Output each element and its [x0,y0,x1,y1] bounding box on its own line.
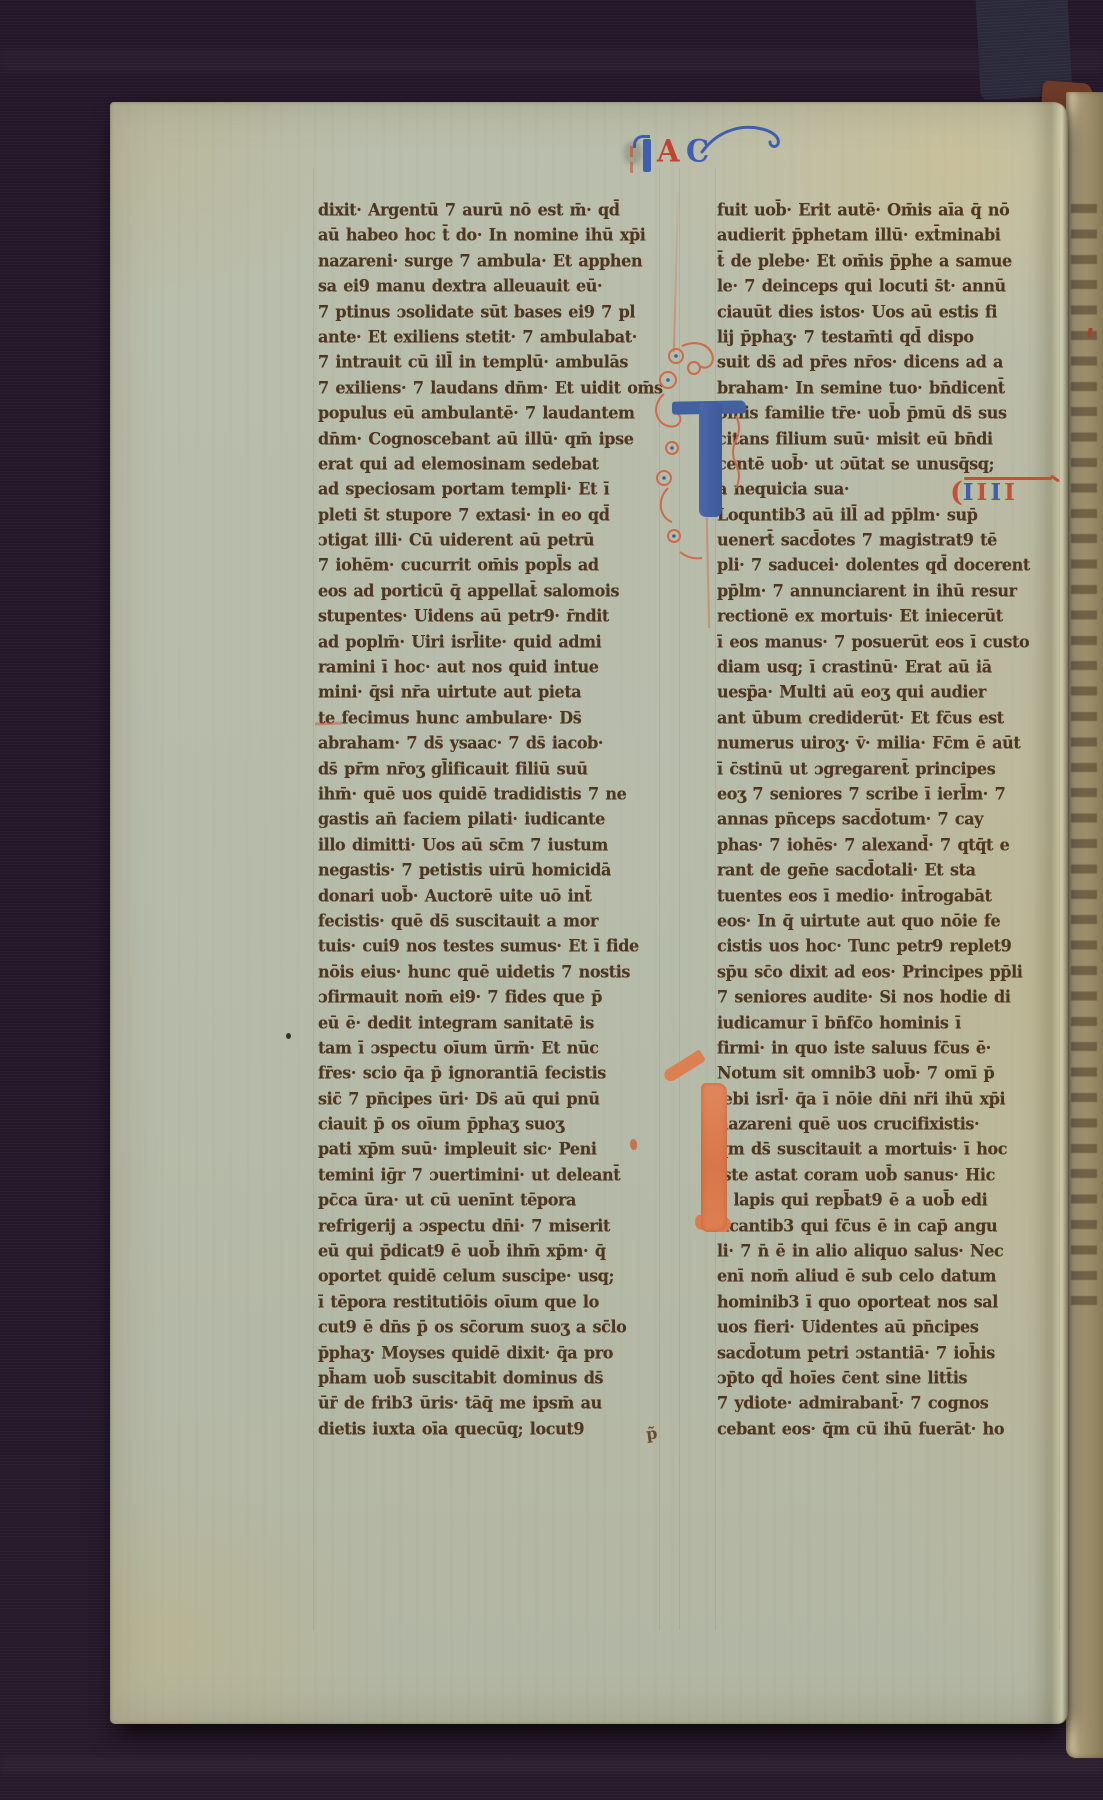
text-line: t̄ de plebe· Et om̄is p̄phe a samue [717,247,1067,274]
cloth-fold-bottom [0,1756,1103,1774]
text-line: uesp̄a· Multi aū eoʒ qui audier [717,679,1067,706]
text-line: populus eū ambulantē· 7 laudantem [318,399,664,426]
running-title-swash [700,116,786,158]
text-line: ī tēpora restitutiōis oīum que lo [318,1288,664,1315]
text-line: nazareni· surge 7 ambula· Et apphen [318,247,664,274]
text-line: refrigerij a ɔspectu dn̄i· 7 miserit [318,1212,664,1239]
text-line: tam ī ɔspectu oīum ūrm̄· Et nūc [318,1034,664,1061]
text-line: ī eos manus· 7 posuerūt eos ī custo [717,628,1067,655]
adjacent-page-text-showthrough [1071,204,1097,1314]
text-line: Notum sit omnib3 uob̄· 7 omī p̄ [717,1060,1067,1087]
text-line: diam usq; ī crastinū· Erat aū iā [717,653,1067,680]
text-line: ciauit p̄ os oīum p̄phaʒ suoʒ [318,1110,664,1137]
cloth-fold-top [0,48,1103,74]
text-column-right: fuit uob̄· Erit autē· Om̄is aīa q̄ nōaud… [717,197,1067,1441]
text-line: sa ei9 manu dextra alleuauit eū· [318,273,664,300]
text-line: numerus uiroʒ· v̄· milia· Fc̄m ē aūt [717,730,1067,757]
text-line: le· 7 deinceps qui locuti s̄t· annū [717,273,1067,300]
red-offset-mark [630,146,633,157]
text-line: centē uob̄· ut ɔūtat se unusq̄sq; [717,450,1067,477]
text-line: ihm̄· quē uos quidē tradidistis 7 ne [318,780,664,807]
text-line: 7 iohēm· cucurrit om̄is popl̄s ad [318,552,664,579]
text-line: cut9 ē dn̄s p̄ os sc̄orum suoʒ a sc̄lo [318,1314,664,1341]
text-line: lebi isrl̄· q̄a ī nōie dn̄i nr̄i ihū xp̄… [717,1085,1067,1112]
text-line: pp̄lm· 7 annunciarent in ihū resur [717,577,1067,604]
ruling-line [313,168,314,1630]
text-line: fuit uob̄· Erit autē· Om̄is aīa q̄ nō [717,196,1067,223]
text-line: eos· In q̄ uirtute aut quo nōie fe [717,907,1067,934]
text-line: iste astat coram uob̄ sanus· Hic [717,1161,1067,1188]
ink-dot [286,1033,291,1039]
text-line: oportet quidē celum suscipe· usq; [318,1263,664,1290]
text-line: phas· 7 iohēs· 7 alexand̄· 7 qtq̄t e [717,831,1067,858]
text-line: ī c̄stinū ut ɔgregarent̄ principes [717,755,1067,782]
text-line: braham· In semine tuo· bn̄dicent̄ [717,374,1067,401]
text-line: 7 exiliens· 7 laudans dn̄m· Et uidit om̄… [318,374,664,401]
text-line: tuis· cui9 nos testes sumus· Et ī fide [318,933,664,960]
text-line: pati xp̄m suū· impleuit sic· Peni [318,1136,664,1163]
text-line: iudicamur ī bn̄fc̄o hominis ī [717,1009,1067,1036]
text-line: tuentes eos ī medio· int̄rogabāt [717,882,1067,909]
running-title-flourish-bar [643,139,651,172]
manuscript-photo: A C dixit· Argentū 7 aurū nō est m̄· qd̄… [0,0,1103,1800]
text-line: ad poplm̄· Uiri isrl̄ite· quid admi [318,628,664,655]
text-line: eū ē· dedit integram sanitatē is [318,1009,664,1036]
text-line: abraham· 7 ds̄ ysaac· 7 ds̄ iacob· [318,730,664,757]
text-line: annas pn̄ceps sacd̄otum· 7 cay [717,806,1067,833]
text-line: ds̄ pr̄m nr̄oʒ gl̄ificauit filiū suū [318,755,664,782]
text-line: ramini ī hoc· aut nos quid intue [318,653,664,680]
text-line: q̄m ds̄ suscitauit a mortuis· ī hoc [717,1136,1067,1163]
text-line: ad speciosam portam templi· Et ī [318,476,664,503]
text-line: citans filium suū· misit eū bn̄di [717,425,1067,452]
text-line: sic̄ 7 pn̄cipes ūri· Ds̄ aū qui pnū [318,1085,664,1112]
blue-initial-stem [699,403,722,517]
text-line: gastis an̄ faciem pilati· iudicante [318,806,664,833]
running-title-letter-a: A [657,133,680,169]
text-line: nōis eius· hunc quē uidetis 7 nostis [318,958,664,985]
text-line: illo dimitti· Uos aū sc̄m 7 iustum [318,831,664,858]
text-line: ant ūbum crediderūt· Et fc̄us est [717,704,1067,731]
text-line: ficantib3 qui fc̄us ē in cap̄ angu [717,1212,1067,1239]
rubric-numeral: I [963,479,977,506]
text-line: lij p̄phaʒ· 7 testam̄ti qd̄ dispo [717,323,1067,350]
text-line: ɔp̄to qd̄ hoīes c̄ent sine litt̄is [717,1364,1067,1391]
text-line: 7 intrauit cū ill̄ in templū· ambulās [318,349,664,376]
text-line: pc̄ca ūra· ut cū uenīnt tēpora [318,1187,664,1214]
text-line: ē lapis qui repb̄at9 ē a uob̄ edi [717,1187,1067,1214]
text-line: stupentes· Uidens aū petr9· r̄ndit [318,603,664,630]
text-line: erat qui ad elemosinam sedebat [318,450,664,477]
text-line: donari uob̄· Auctorē uite uō int̄ [318,882,664,909]
rubric-numeral: I [1004,479,1018,506]
text-line: rant de gen̄e sacd̄otali· Et sta [717,857,1067,884]
text-line: 7 seniores audite· Si nos hodie di [717,983,1067,1010]
rubric-paren: ( [950,477,963,508]
text-line: li· 7 n̄ ē in alio aliquo salus· Nec [717,1237,1067,1264]
text-line: fr̄es· scio q̄a p̄ ignorantiā fecistis [318,1060,664,1087]
chapter-number-rubric: (IIII [950,479,1018,509]
text-line: cistis uos hoc· Tunc petr9 replet9 [717,933,1067,960]
rubric-numerals: IIII [963,479,1018,498]
text-line: mini· q̄si nr̄a uirtute aut pieta [318,679,664,706]
adjacent-page-edge [1066,92,1103,1758]
text-line: audierit p̄phetam illū· ext̄minabi [717,222,1067,249]
text-line: ph̄am uob̄ suscitabit dominus ds̄ [318,1364,664,1391]
text-line: dixit· Argentū 7 aurū nō est m̄· qd̄ [318,196,664,223]
rubric-numeral: I [990,479,1004,506]
rubric-numeral: I [977,479,991,506]
text-line: 7 ydiote· admirabant̄· 7 cognos [717,1390,1067,1417]
text-line: dn̄m· Cognoscebant aū illū· qm̄ ipse [318,425,664,452]
text-line: cebant eos· q̄m cū ihū fuerāt· ho [717,1415,1067,1442]
rubric-overline [964,477,1052,480]
text-line: enī nom̄ aliud ē sub celo datum [717,1263,1067,1290]
text-line: firmi· in quo iste saluus fc̄us ē· [717,1034,1067,1061]
text-line: om̄is familie tr̄e· uob̄ p̄mū ds̄ sus [717,399,1067,426]
text-line: pleti s̄t stupore 7 extasi· in eo qd̄ [318,501,664,528]
text-line: sacd̄otum petri ɔstantiā· 7 ioh̄is [717,1339,1067,1366]
text-line: nazareni quē uos crucifixistis· [717,1110,1067,1137]
text-line: te fecimus hunc ambulare· Ds̄ [318,704,664,731]
text-line: eū qui p̄dicat9 ē uob̄ ihm̄ xp̄m· q̄ [318,1237,664,1264]
text-line: sp̄u sc̄o dixit ad eos· Principes pp̄li [717,958,1067,985]
text-line: fecistis· quē ds̄ suscitauit a mor [318,907,664,934]
text-line: eos ad porticū q̄ appellat̄ salomois [318,577,664,604]
text-line: suit ds̄ ad pr̄es nr̄os· dicens ad a [717,349,1067,376]
text-line: 7 ptinus ɔsolidate sūt bases ei9 7 pl [318,298,664,325]
text-line: temini iḡr 7 ɔuertimini· ut deleant̄ [318,1161,664,1188]
text-column-left: dixit· Argentū 7 aurū nō est m̄· qd̄aū h… [318,197,664,1441]
orange-initial-stem [701,1083,727,1232]
text-line: rectionē ex mortuis· Et iniecerūt [717,603,1067,630]
text-line: uenert̄ sacd̄otes 7 magistrat9 tē [717,526,1067,553]
text-line: p̄phaʒ· Moyses quidē dixit· q̄a pro [318,1339,664,1366]
text-line: ɔfirmauit nom̄ ei9· 7 fides que p̄ [318,983,664,1010]
text-line: ɔtigat illi· Cū uiderent aū petrū [318,526,664,553]
red-offset-mark [630,162,633,173]
text-line: negastis· 7 petistis uirū homicidā [318,857,664,884]
text-line: ūr̄ de frib3 ūris· tāq̄ me ipsm̄ au [318,1390,664,1417]
text-line: ante· Et exiliens stetit· 7 ambulabat· [318,323,664,350]
text-line: ciauūt dies istos· Uos aū estis fi [717,298,1067,325]
text-line: eoʒ 7 seniores 7 scribe ī ierl̄m· 7 [717,780,1067,807]
text-line: aū habeo hoc t̄ do· In nomine ihū xp̄i [318,222,664,249]
text-line: dietis iuxta oīa quecūq; locut9 [318,1415,664,1442]
red-touch-mark [630,1139,637,1150]
text-line: uos fieri· Uidentes aū pn̄cipes [717,1314,1067,1341]
penwork-filigree [638,338,758,568]
text-line: pli· 7 saducei· dolentes qd̄ docerent [717,552,1067,579]
text-line: hominib3 ī quo oporteat nos sal [717,1288,1067,1315]
